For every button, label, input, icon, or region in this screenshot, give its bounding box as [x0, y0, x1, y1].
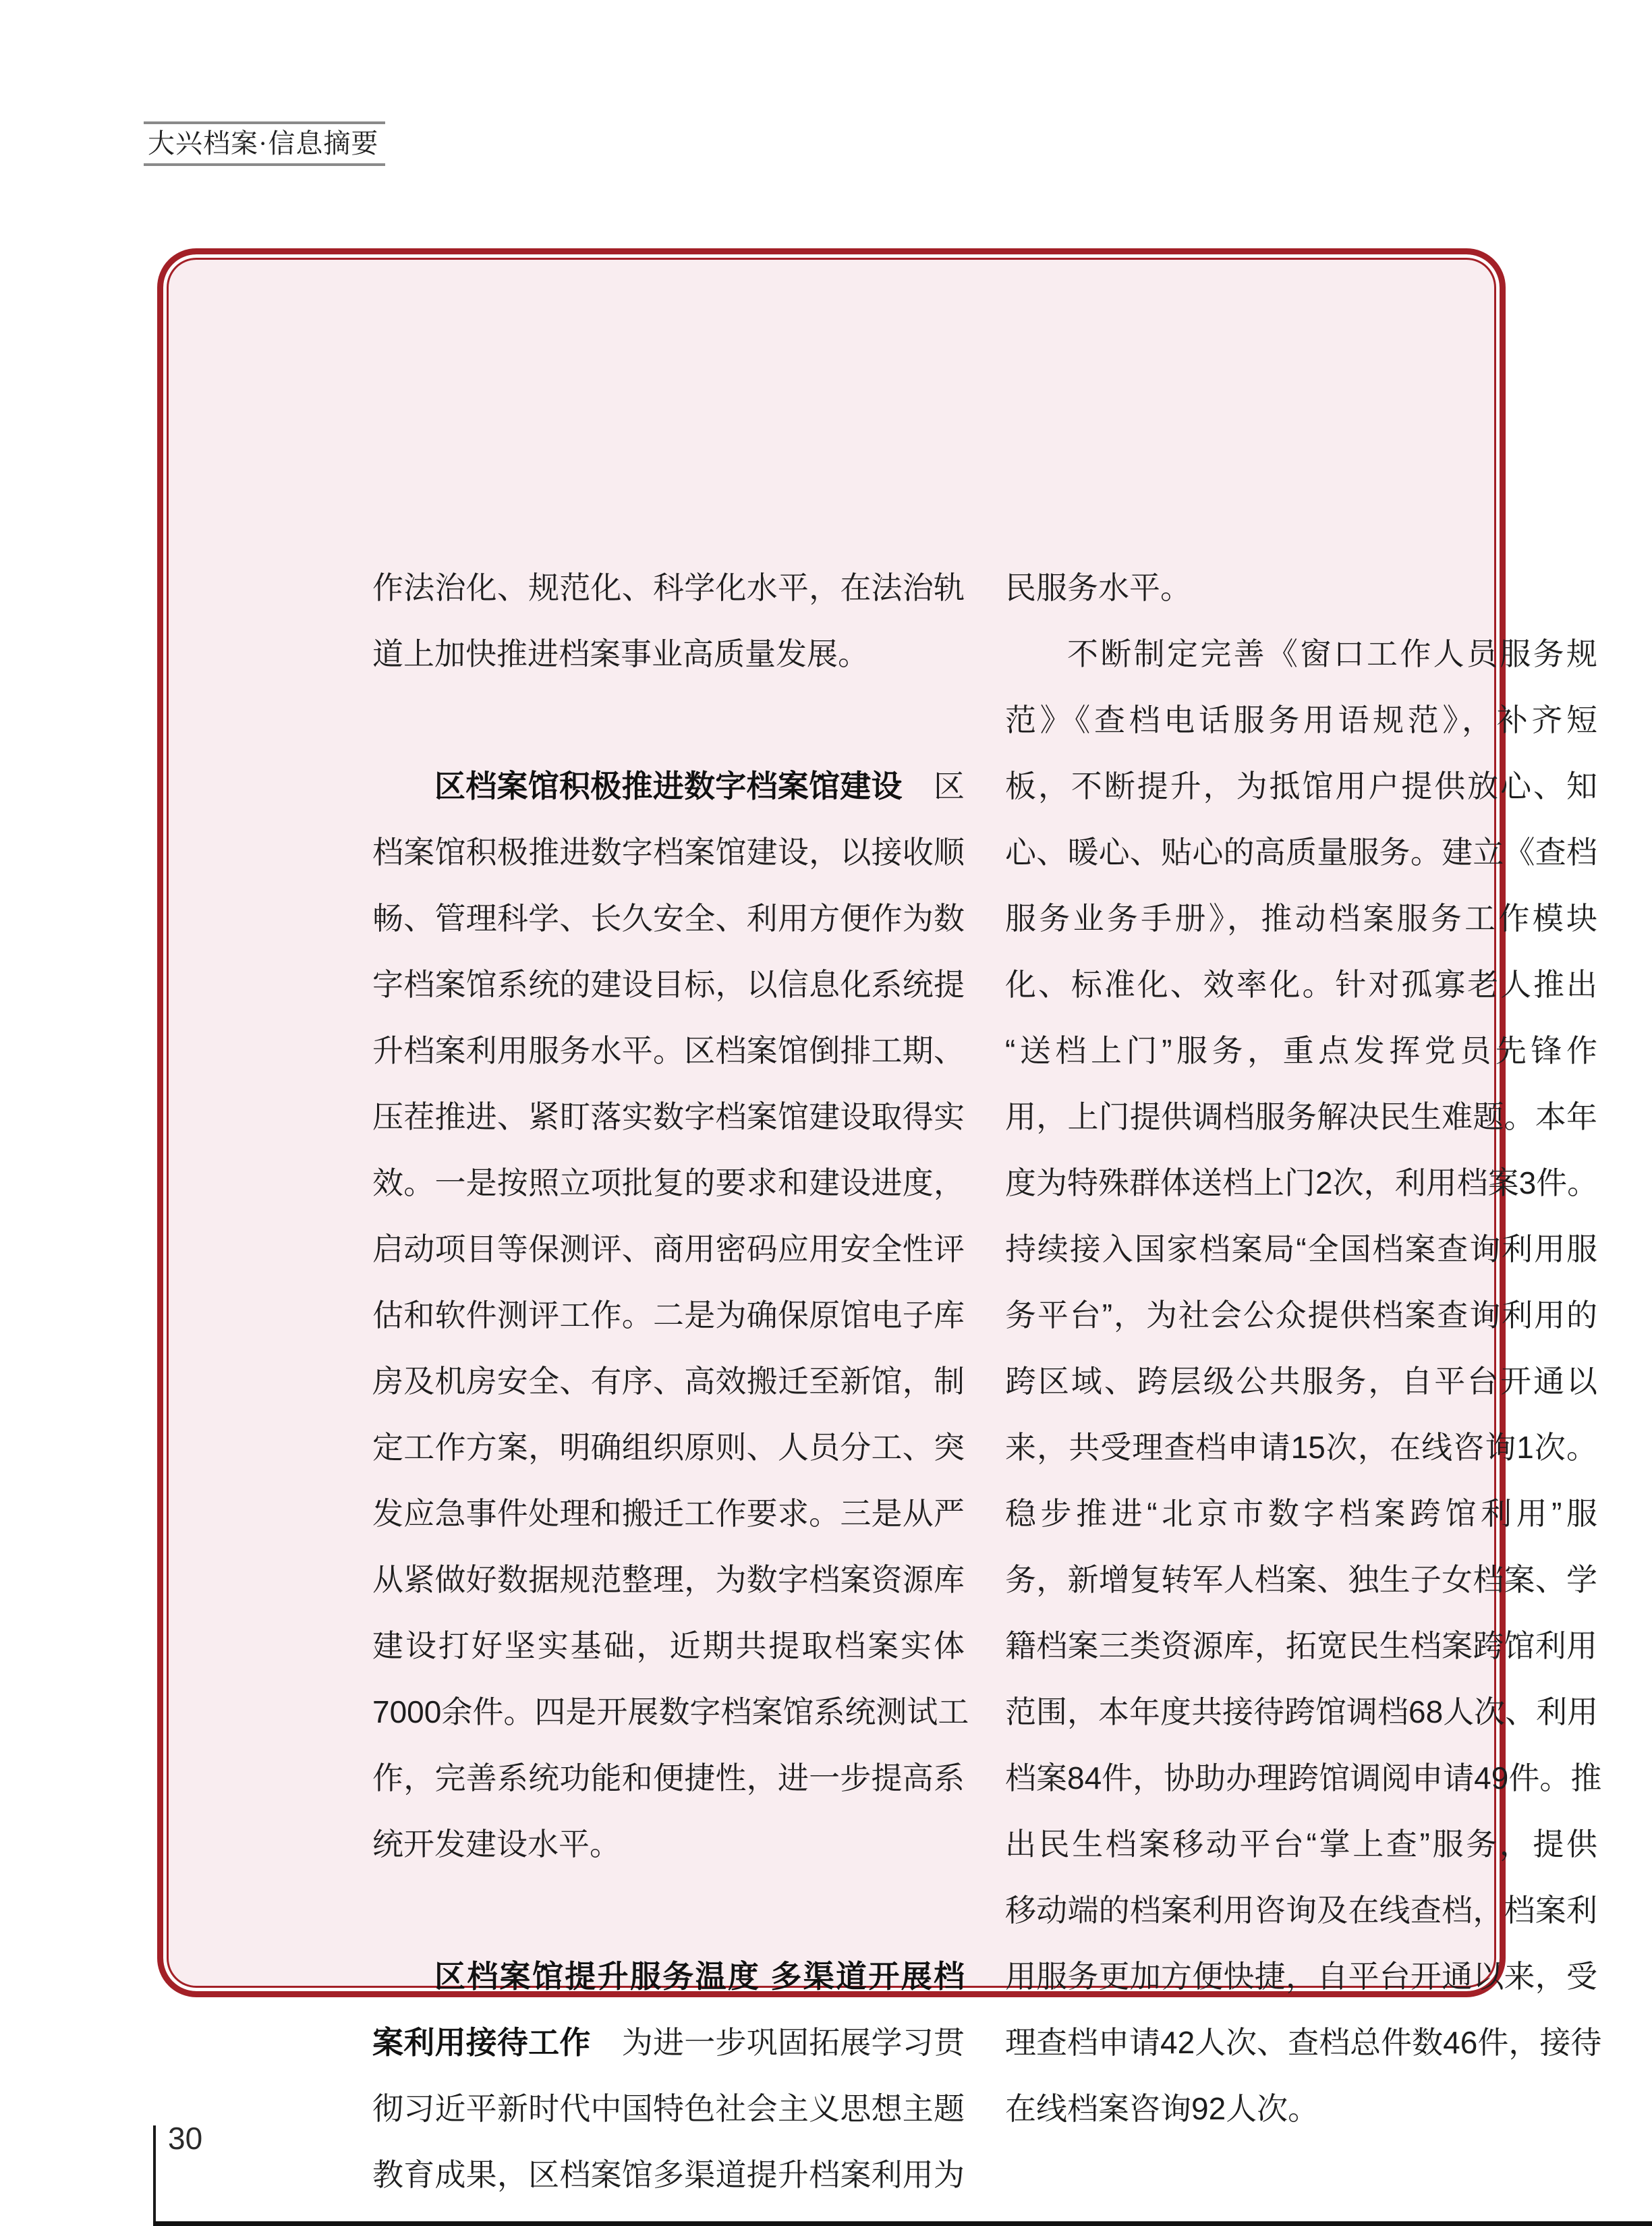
text-line: 用，上门提供调档服务解决民生难题。本年	[1005, 1084, 1597, 1150]
text-line: 务，新增复转军人档案、独生子女档案、学	[1005, 1547, 1597, 1613]
body-text: 范》《查档电话服务用语规范》，补齐短	[1005, 702, 1597, 738]
body-text: 作法治化、规范化、科学化水平，在法治轨	[372, 570, 965, 605]
text-line: 从紧做好数据规范整理，为数字档案资源库	[372, 1547, 965, 1613]
text-line: 跨区域、跨层级公共服务，自平台开通以	[1005, 1348, 1597, 1414]
text-line: 心、暖心、贴心的高质量服务。建立《查档	[1005, 819, 1597, 885]
text-line: 籍档案三类资源库，拓宽民生档案跨馆利用	[1005, 1613, 1597, 1679]
body-text: 档案84件，协助办理跨馆调阅申请49件。推	[1005, 1760, 1601, 1796]
body-text: 在线档案咨询92人次。	[1005, 2091, 1319, 2126]
text-line: 服务业务手册》，推动档案服务工作模块	[1005, 885, 1597, 951]
text-line: 在线档案咨询92人次。	[1005, 2076, 1597, 2142]
body-text: “送档上门”服务，重点发挥党员先锋作	[1005, 1033, 1597, 1068]
text-line: 持续接入国家档案局“全国档案查询利用服	[1005, 1216, 1597, 1282]
body-text: 字档案馆系统的建设目标，以信息化系统提	[372, 967, 965, 1002]
body-text: 启动项目等保测评、商用密码应用安全性评	[372, 1231, 965, 1267]
body-text: 服务业务手册》，推动档案服务工作模块	[1005, 901, 1597, 936]
body-text: 档案馆积极推进数字档案馆建设，以接收顺	[372, 835, 965, 870]
body-text: 心、暖心、贴心的高质量服务。建立《查档	[1005, 835, 1597, 870]
body-text: 统开发建设水平。	[372, 1827, 621, 1862]
text-line: 化、标准化、效率化。针对孤寡老人推出	[1005, 951, 1597, 1018]
body-text: 发应急事件处理和搬迁工作要求。三是从严	[372, 1496, 965, 1531]
text-line: 度为特殊群体送档上门2次，利用档案3件。	[1005, 1150, 1597, 1216]
text-line: 畅、管理科学、长久安全、利用方便作为数	[372, 885, 965, 951]
body-text: 稳步推进“北京市数字档案跨馆利用”服	[1005, 1496, 1597, 1531]
text-line: 用服务更加方便快捷，自平台开通以来，受	[1005, 1943, 1597, 2009]
text-line: 案利用接待工作 为进一步巩固拓展学习贯	[372, 2009, 965, 2076]
heading-text: 案利用接待工作	[372, 2025, 591, 2060]
left-column: 作法治化、规范化、科学化水平，在法治轨道上加快推进档案事业高质量发展。区档案馆积…	[372, 555, 965, 2208]
body-text: 移动端的档案利用咨询及在线查档，档案利	[1005, 1893, 1597, 1928]
text-line: 不断制定完善《窗口工作人员服务规	[1005, 621, 1597, 687]
body-text: 区	[903, 769, 965, 804]
body-text: 道上加快推进档案事业高质量发展。	[372, 636, 869, 671]
text-line: 启动项目等保测评、商用密码应用安全性评	[372, 1216, 965, 1282]
body-text: 压茬推进、紧盯落实数字档案馆建设取得实	[372, 1099, 965, 1134]
body-text: 务，新增复转军人档案、独生子女档案、学	[1005, 1562, 1597, 1597]
body-text: 范围，本年度共接待跨馆调档68人次、利用	[1005, 1694, 1598, 1729]
body-text: 务平台”，为社会公众提供档案查询利用的	[1005, 1298, 1597, 1333]
text-line: 发应急事件处理和搬迁工作要求。三是从严	[372, 1480, 965, 1547]
text-line: 理查档申请42人次、查档总件数46件，接待	[1005, 2009, 1597, 2076]
heading-text: 区档案馆提升服务温度 多渠道开展档	[434, 1959, 965, 1994]
body-text: 持续接入国家档案局“全国档案查询利用服	[1005, 1231, 1597, 1267]
publication-title: 大兴档案·信息摘要	[148, 128, 378, 159]
body-text: 跨区域、跨层级公共服务，自平台开通以	[1005, 1364, 1597, 1399]
body-text: 彻习近平新时代中国特色社会主义思想主题	[372, 2091, 965, 2126]
body-text: 从紧做好数据规范整理，为数字档案资源库	[372, 1562, 965, 1597]
text-line: 稳步推进“北京市数字档案跨馆利用”服	[1005, 1480, 1597, 1547]
paragraph: 不断制定完善《窗口工作人员服务规范》《查档电话服务用语规范》，补齐短板，不断提升…	[1005, 621, 1597, 2142]
paragraph: 作法治化、规范化、科学化水平，在法治轨道上加快推进档案事业高质量发展。	[372, 555, 965, 687]
text-line: 务平台”，为社会公众提供档案查询利用的	[1005, 1282, 1597, 1348]
text-line: 效。一是按照立项批复的要求和建设进度，	[372, 1150, 965, 1216]
body-text: 不断制定完善《窗口工作人员服务规	[1067, 636, 1597, 671]
body-text: 畅、管理科学、长久安全、利用方便作为数	[372, 901, 965, 936]
page: 大兴档案·信息摘要 作法治化、规范化、科学化水平，在法治轨道上加快推进档案事业高…	[0, 0, 1652, 2226]
text-line: 板，不断提升，为抵馆用户提供放心、知	[1005, 753, 1597, 819]
body-text: 度为特殊群体送档上门2次，利用档案3件。	[1005, 1165, 1598, 1200]
text-line: 道上加快推进档案事业高质量发展。	[372, 621, 965, 687]
text-line: 移动端的档案利用咨询及在线查档，档案利	[1005, 1877, 1597, 1943]
body-text: 作，完善系统功能和便捷性，进一步提高系	[372, 1760, 965, 1796]
body-text: 为进一步巩固拓展学习贯	[591, 2025, 965, 2060]
text-line: 房及机房安全、有序、高效搬迁至新馆，制	[372, 1348, 965, 1414]
heading-text: 区档案馆积极推进数字档案馆建设	[434, 769, 903, 804]
text-line: 区档案馆提升服务温度 多渠道开展档	[372, 1943, 965, 2009]
body-text: 来，共受理查档申请15次，在线咨询1次。	[1005, 1430, 1597, 1465]
body-text: 理查档申请42人次、查档总件数46件，接待	[1005, 2025, 1601, 2060]
body-text: 出民生档案移动平台“掌上查”服务，提供	[1005, 1827, 1597, 1862]
text-line: 彻习近平新时代中国特色社会主义思想主题	[372, 2076, 965, 2142]
body-text: 用服务更加方便快捷，自平台开通以来，受	[1005, 1959, 1597, 1994]
body-text: 板，不断提升，为抵馆用户提供放心、知	[1005, 769, 1597, 804]
body-text: 教育成果，区档案馆多渠道提升档案利用为	[372, 2157, 965, 2192]
text-line: 范围，本年度共接待跨馆调档68人次、利用	[1005, 1679, 1597, 1745]
text-line: 区档案馆积极推进数字档案馆建设 区	[372, 753, 965, 819]
body-text: 7000余件。四是开展数字档案馆系统测试工	[372, 1694, 969, 1729]
text-line: “送档上门”服务，重点发挥党员先锋作	[1005, 1018, 1597, 1084]
text-line: 统开发建设水平。	[372, 1811, 965, 1877]
text-line: 档案馆积极推进数字档案馆建设，以接收顺	[372, 819, 965, 885]
body-text: 民服务水平。	[1005, 570, 1191, 605]
body-text: 估和软件测评工作。二是为确保原馆电子库	[372, 1298, 965, 1333]
text-line: 定工作方案，明确组织原则、人员分工、突	[372, 1414, 965, 1480]
body-text: 定工作方案，明确组织原则、人员分工、突	[372, 1430, 965, 1465]
page-number-rule	[153, 2125, 156, 2226]
text-line: 范》《查档电话服务用语规范》，补齐短	[1005, 687, 1597, 753]
text-line: 字档案馆系统的建设目标，以信息化系统提	[372, 951, 965, 1018]
text-line: 7000余件。四是开展数字档案馆系统测试工	[372, 1679, 965, 1745]
text-line: 档案84件，协助办理跨馆调阅申请49件。推	[1005, 1745, 1597, 1811]
body-text: 用，上门提供调档服务解决民生难题。本年	[1005, 1099, 1597, 1134]
text-line: 出民生档案移动平台“掌上查”服务，提供	[1005, 1811, 1597, 1877]
right-column: 民服务水平。不断制定完善《窗口工作人员服务规范》《查档电话服务用语规范》，补齐短…	[1005, 555, 1597, 2142]
text-line: 民服务水平。	[1005, 555, 1597, 621]
page-number: 30	[168, 2123, 202, 2154]
text-line: 作法治化、规范化、科学化水平，在法治轨	[372, 555, 965, 621]
text-line: 压茬推进、紧盯落实数字档案馆建设取得实	[372, 1084, 965, 1150]
body-text: 房及机房安全、有序、高效搬迁至新馆，制	[372, 1364, 965, 1399]
body-text: 建设打好坚实基础，近期共提取档案实体	[372, 1628, 965, 1663]
text-line: 升档案利用服务水平。区档案馆倒排工期、	[372, 1018, 965, 1084]
paragraph: 区档案馆提升服务温度 多渠道开展档案利用接待工作 为进一步巩固拓展学习贯彻习近平…	[372, 1943, 965, 2208]
body-text: 化、标准化、效率化。针对孤寡老人推出	[1005, 967, 1597, 1002]
paragraph: 民服务水平。	[1005, 555, 1597, 621]
bottom-edge-rule	[153, 2221, 1652, 2226]
text-line: 作，完善系统功能和便捷性，进一步提高系	[372, 1745, 965, 1811]
content-box: 作法治化、规范化、科学化水平，在法治轨道上加快推进档案事业高质量发展。区档案馆积…	[157, 248, 1506, 1997]
text-line: 估和软件测评工作。二是为确保原馆电子库	[372, 1282, 965, 1348]
masthead: 大兴档案·信息摘要	[144, 121, 385, 166]
paragraph: 区档案馆积极推进数字档案馆建设 区档案馆积极推进数字档案馆建设，以接收顺畅、管理…	[372, 753, 965, 1877]
body-text: 升档案利用服务水平。区档案馆倒排工期、	[372, 1033, 965, 1068]
body-text: 籍档案三类资源库，拓宽民生档案跨馆利用	[1005, 1628, 1597, 1663]
text-line: 来，共受理查档申请15次，在线咨询1次。	[1005, 1414, 1597, 1480]
body-text: 效。一是按照立项批复的要求和建设进度，	[372, 1165, 965, 1200]
text-line: 教育成果，区档案馆多渠道提升档案利用为	[372, 2142, 965, 2208]
text-line: 建设打好坚实基础，近期共提取档案实体	[372, 1613, 965, 1679]
